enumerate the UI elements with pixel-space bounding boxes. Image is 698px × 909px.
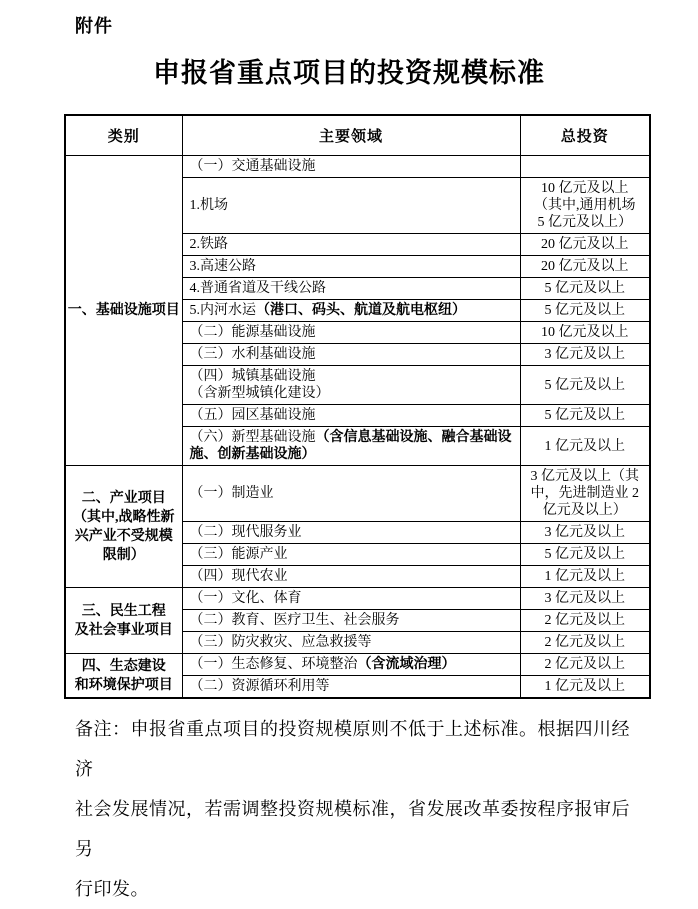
attachment-label: 附件: [75, 12, 698, 38]
investment-cell: 3 亿元及以上: [520, 344, 650, 366]
investment-cell: 2 亿元及以上: [520, 632, 650, 654]
document-page: 附件 申报省重点项目的投资规模标准 类别 主要领域 总投资 一、基础设施项目 （…: [0, 0, 698, 909]
area-cell: （四）现代农业: [182, 566, 520, 588]
page-title: 申报省重点项目的投资规模标准: [0, 51, 698, 90]
category-cell: 二、产业项目 （其中,战略性新 兴产业不受规模 限制）: [65, 466, 182, 588]
header-investment: 总投资: [520, 115, 650, 156]
area-cell: （一）文化、体育: [182, 588, 520, 610]
area-text: （六）新型基础设施: [190, 430, 316, 445]
investment-cell: 20 亿元及以上: [520, 234, 650, 256]
investment-cell: 5 亿元及以上: [520, 278, 650, 300]
category-cell: 四、生态建设 和环境保护项目: [65, 654, 182, 699]
header-category: 类别: [65, 115, 182, 156]
investment-cell: 5 亿元及以上: [520, 300, 650, 322]
investment-cell: 2 亿元及以上: [520, 610, 650, 632]
area-cell: 5.内河水运（港口、码头、航道及航电枢纽）: [182, 300, 520, 322]
area-bold-text: （港口、码头、航道及航电枢纽）: [256, 303, 466, 318]
investment-cell: 3 亿元及以上（其 中，先进制造业 2 亿元及以上）: [520, 466, 650, 522]
table-row: 四、生态建设 和环境保护项目 （一）生态修复、环境整治（含流域治理） 2 亿元及…: [65, 654, 650, 676]
note-line: 行印发。: [75, 869, 634, 909]
investment-cell: 5 亿元及以上: [520, 544, 650, 566]
area-cell: （二）能源基础设施: [182, 322, 520, 344]
remark-note: 备注：申报省重点项目的投资规模原则不低于上述标准。根据四川经济 社会发展情况，若…: [75, 709, 634, 909]
table-row: 一、基础设施项目 （一）交通基础设施: [65, 156, 650, 178]
note-line: 备注：申报省重点项目的投资规模原则不低于上述标准。根据四川经济: [75, 709, 634, 789]
investment-cell: [520, 156, 650, 178]
area-cell: （六）新型基础设施（含信息基础设施、融合基础设施、创新基础设施）: [182, 427, 520, 466]
area-cell: （五）园区基础设施: [182, 405, 520, 427]
area-cell: （一）生态修复、环境整治（含流域治理）: [182, 654, 520, 676]
category-cell: 一、基础设施项目: [65, 156, 182, 466]
area-cell: 1.机场: [182, 178, 520, 234]
investment-cell: 5 亿元及以上: [520, 366, 650, 405]
area-cell: （三）水利基础设施: [182, 344, 520, 366]
investment-cell: 1 亿元及以上: [520, 676, 650, 699]
area-text: 5.内河水运: [190, 303, 257, 318]
area-cell: （三）能源产业: [182, 544, 520, 566]
area-cell: 2.铁路: [182, 234, 520, 256]
category-cell: 三、民生工程 及社会事业项目: [65, 588, 182, 654]
area-cell: （四）城镇基础设施 （含新型城镇化建设）: [182, 366, 520, 405]
investment-cell: 2 亿元及以上: [520, 654, 650, 676]
investment-cell: 20 亿元及以上: [520, 256, 650, 278]
area-cell: 3.高速公路: [182, 256, 520, 278]
area-cell: （一）制造业: [182, 466, 520, 522]
header-area: 主要领域: [182, 115, 520, 156]
area-cell: （一）交通基础设施: [182, 156, 520, 178]
area-cell: （三）防灾救灾、应急救援等: [182, 632, 520, 654]
investment-cell: 1 亿元及以上: [520, 427, 650, 466]
area-cell: 4.普通省道及干线公路: [182, 278, 520, 300]
investment-standards-table: 类别 主要领域 总投资 一、基础设施项目 （一）交通基础设施 1.机场 10 亿…: [64, 114, 651, 699]
note-line: 社会发展情况，若需调整投资规模标准，省发展改革委按程序报审后另: [75, 789, 634, 869]
area-cell: （二）现代服务业: [182, 522, 520, 544]
investment-cell: 3 亿元及以上: [520, 522, 650, 544]
table-header-row: 类别 主要领域 总投资: [65, 115, 650, 156]
investment-cell: 3 亿元及以上: [520, 588, 650, 610]
area-cell: （二）资源循环利用等: [182, 676, 520, 699]
investment-cell: 5 亿元及以上: [520, 405, 650, 427]
investment-cell: 10 亿元及以上 （其中,通用机场 5 亿元及以上）: [520, 178, 650, 234]
table-row: 二、产业项目 （其中,战略性新 兴产业不受规模 限制） （一）制造业 3 亿元及…: [65, 466, 650, 522]
investment-cell: 10 亿元及以上: [520, 322, 650, 344]
investment-cell: 1 亿元及以上: [520, 566, 650, 588]
area-text: （一）生态修复、环境整治: [190, 657, 358, 672]
table-row: 三、民生工程 及社会事业项目 （一）文化、体育 3 亿元及以上: [65, 588, 650, 610]
area-bold-text: （含流域治理）: [358, 657, 456, 672]
area-cell: （二）教育、医疗卫生、社会服务: [182, 610, 520, 632]
